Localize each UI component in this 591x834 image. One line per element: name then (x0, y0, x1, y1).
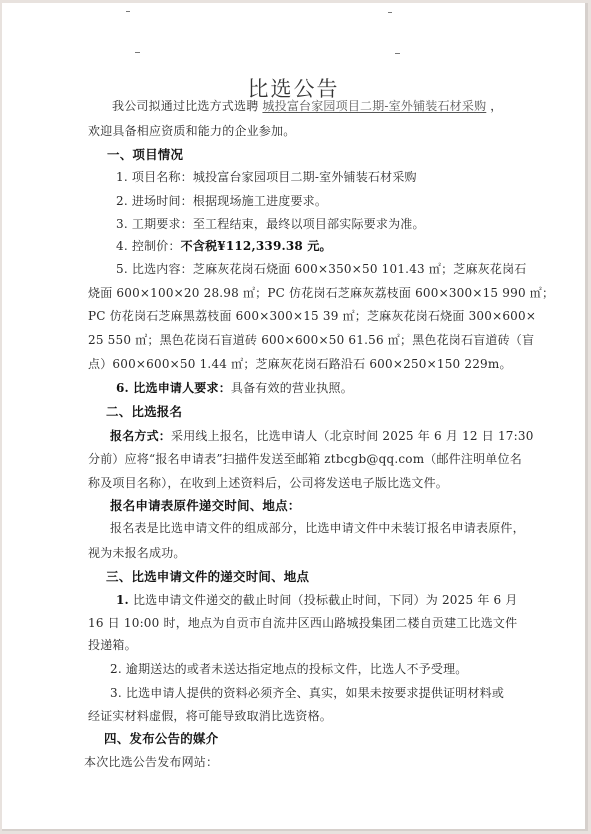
content-line: 点）600×600×50 1.44 ㎡；芝麻灰花岗石路沿石 600×250×15… (88, 357, 512, 371)
content-line: 烧面 600×100×20 28.98 ㎡；PC 仿花岗石芝麻灰荔枝面 600×… (88, 286, 554, 300)
scan-mark (395, 53, 400, 54)
control-price-value: 不含税¥112,339.38 元。 (181, 239, 332, 253)
deadline-line: 16 日 10:00 时，地点为自贡市自流井区西山路城投集团二楼自贡建工比选文件 (88, 616, 517, 630)
original-submission-heading: 报名申请表原件递交时间、地点： (110, 499, 301, 513)
materials-item: 3. 比选申请人提供的资料必须齐全、真实，如果未按要求提供证明材料或 (110, 686, 504, 700)
intro-line-1: 我公司拟通过比选方式选聘 城投富台家园项目二期-室外铺装石材采购 ， (112, 99, 503, 113)
section-3-heading: 三、比选申请文件的递交时间、地点 (106, 570, 309, 584)
deadline-line: 1. 比选申请文件递交的截止时间（投标截止时间，下同）为 2025 年 6 月 (116, 593, 518, 607)
control-price-item: 4. 控制价：不含税¥112,339.38 元。 (116, 239, 332, 253)
content-line: 25 550 ㎡；黑色花岗石盲道砖 600×600×50 61.56 ㎡；黑色花… (88, 333, 534, 347)
section-1-heading: 一、项目情况 (107, 148, 183, 162)
scan-mark (135, 52, 140, 53)
intro-line-2: 欢迎具备相应资质和能力的企业参加。 (88, 124, 295, 138)
document-page: 比选公告 我公司拟通过比选方式选聘 城投富台家园项目二期-室外铺装石材采购 ， … (2, 3, 588, 831)
registration-method-line: 称及项目名称），在收到上述资料后，公司将发送电子版比选文件。 (88, 476, 448, 490)
project-name-underlined: 城投富台家园项目二期-室外铺装石材采购 (262, 99, 486, 113)
late-submission-item: 2. 逾期送达的或者未送达指定地点的投标文件，比选人不予受理。 (110, 662, 467, 676)
materials-item: 经证实材料虚假，将可能导致取消比选资格。 (88, 709, 332, 723)
project-name-item: 1. 项目名称：城投富台家园项目二期-室外铺装石材采购 (116, 170, 417, 184)
content-line: 5. 比选内容：芝麻灰花岗石烧面 600×350×50 101.43 ㎡；芝麻灰… (116, 262, 527, 276)
section-4-heading: 四、发布公告的媒介 (104, 732, 218, 746)
original-submission-line: 视为未报名成功。 (88, 546, 186, 560)
content-line: PC 仿花岗石芝麻黑荔枝面 600×300×15 39 ㎡；芝麻灰花岗石烧面 3… (88, 309, 536, 323)
section-2-heading: 二、比选报名 (106, 405, 182, 419)
original-submission-line: 报名表是比选申请文件的组成部分，比选申请文件中未装订报名申请表原件， (110, 521, 525, 535)
entry-time-item: 2. 进场时间：根据现场施工进度要求。 (116, 194, 327, 208)
duration-item: 3. 工期要求：至工程结束，最终以项目部实际要求为准。 (116, 217, 425, 231)
applicant-requirement-item: 6. 比选申请人要求：具备有效的营业执照。 (116, 381, 353, 395)
registration-method-line: 分前）应将“报名申请表”扫描件发送至邮箱 ztbcgb@qq.com（邮件注明单… (88, 452, 522, 466)
scan-mark (388, 12, 392, 13)
deadline-line: 投递箱。 (88, 638, 137, 652)
scan-mark (126, 11, 130, 12)
publish-site-line: 本次比选公告发布网站： (84, 755, 218, 769)
registration-method-line: 报名方式：采用线上报名，比选申请人（北京时间 2025 年 6 月 12 日 1… (110, 429, 534, 443)
